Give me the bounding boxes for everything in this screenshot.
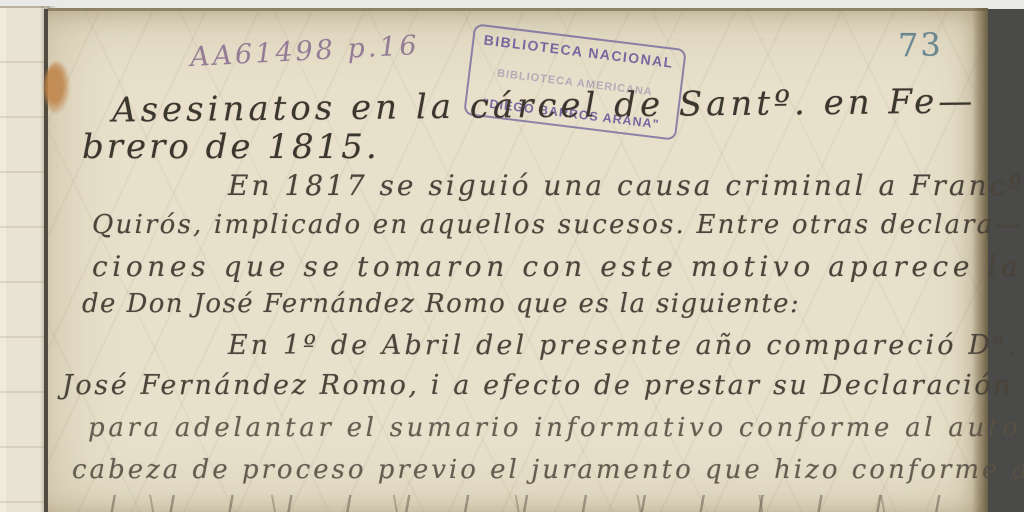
manuscript-scan: 73 AA61498 p.16 BIBLIOTECA NACIONAL BIBL… [0, 0, 1024, 512]
body-line-6: José Fernández Romo, i a efecto de prest… [62, 370, 1013, 401]
body-line-1: En 1817 se siguió una causa criminal a F… [228, 169, 1024, 202]
body-line-7: para adelantar el sumario informativo co… [88, 413, 1021, 443]
body-line-2: Quirós, implicado en aquellos sucesos. E… [92, 210, 1023, 240]
body-line-3: ciones que se tomaron con este motivo ap… [92, 250, 1022, 283]
facing-page-edge [0, 6, 44, 512]
page-number: 73 [898, 26, 943, 64]
body-line-4: de Don José Fernández Romo que es la sig… [82, 289, 800, 319]
body-line-5: En 1º de Abril del presente año comparec… [228, 330, 1019, 361]
title-line-2: brero de 1815. [82, 127, 380, 167]
body-line-8: cabeza de proceso previo el juramento qu… [72, 455, 1024, 485]
paper-stain [44, 62, 70, 114]
cut-off-line-strokes [80, 495, 960, 512]
